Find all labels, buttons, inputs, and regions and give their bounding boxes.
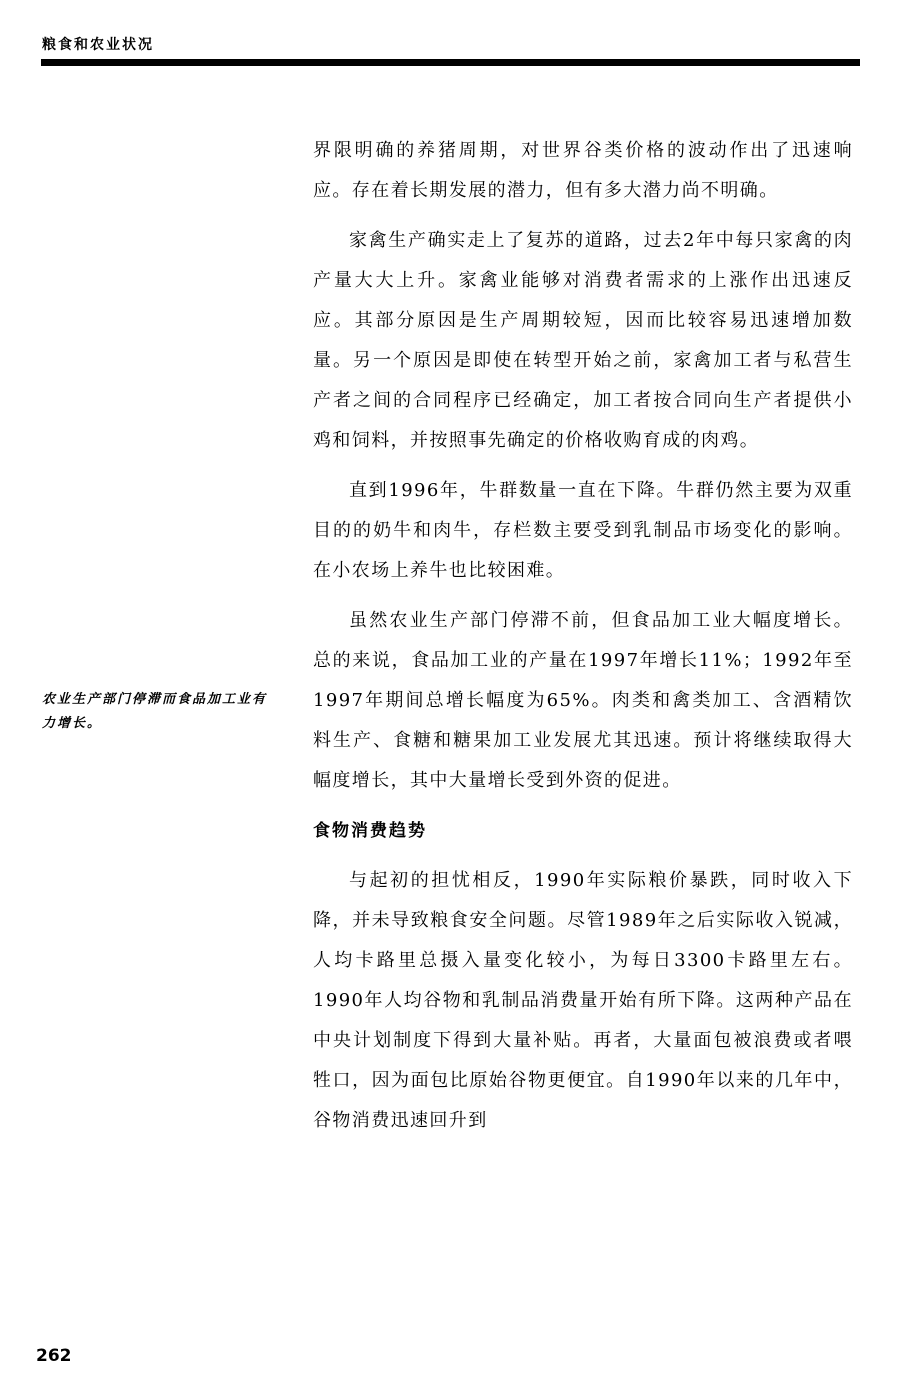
paragraph-cattle: 直到1996年，牛群数量一直在下降。牛群仍然主要为双重目的的奶牛和肉牛，存栏数主…: [313, 471, 853, 591]
section-heading-food-consumption: 食物消费趋势: [313, 811, 853, 851]
paragraph-food-processing: 虽然农业生产部门停滞不前，但食品加工业大幅度增长。总的来说，食品加工业的产量在1…: [313, 601, 853, 801]
page-number: 262: [36, 1346, 72, 1366]
paragraph-pig-cycle: 界限明确的养猪周期，对世界谷类价格的波动作出了迅速响应。存在着长期发展的潜力，但…: [313, 131, 853, 211]
main-text-column: 界限明确的养猪周期，对世界谷类价格的波动作出了迅速响应。存在着长期发展的潜力，但…: [313, 131, 853, 1151]
margin-note: 农业生产部门停滞而食品加工业有力增长。: [42, 688, 277, 736]
running-head-title: 粮食和农业状况: [42, 34, 154, 54]
paragraph-poultry: 家禽生产确实走上了复苏的道路，过去2年中每只家禽的肉产量大大上升。家禽业能够对消…: [313, 221, 853, 461]
paragraph-food-consumption: 与起初的担忧相反，1990年实际粮价暴跌，同时收入下降，并未导致粮食安全问题。尽…: [313, 861, 853, 1141]
header-rule: [41, 59, 860, 66]
